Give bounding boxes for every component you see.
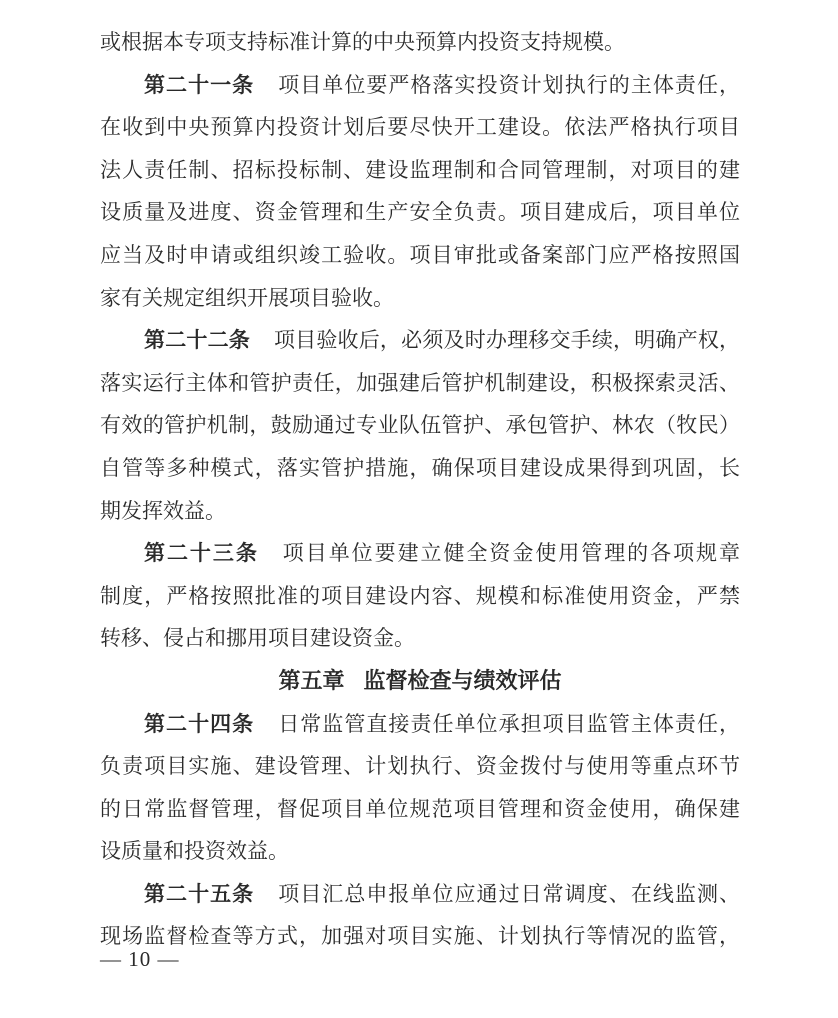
- document-page: 或根据本专项支持标准计算的中央预算内投资支持规模。第二十一条项目单位要严格落实投…: [0, 0, 838, 1018]
- article-number: 第二十二条: [144, 329, 250, 352]
- line-text: 应当及时申请或组织竣工验收。项目审批或备案部门应严格按照国: [100, 243, 740, 267]
- line-text: 现场监督检查等方式，加强对项目实施、计划执行等情况的监管，: [100, 924, 740, 948]
- line-text: 家有关规定组织开展项目验收。: [100, 286, 394, 310]
- line-text: 制度，严格按照批准的项目建设内容、规模和标准使用资金，严禁: [100, 584, 740, 608]
- text-line: 第二十五条项目汇总申报单位应通过日常调度、在线监测、: [100, 873, 740, 916]
- line-text: 在收到中央预算内投资计划后要尽快开工建设。依法严格执行项目: [100, 115, 740, 139]
- line-text: 有效的管护机制，鼓励通过专业队伍管护、承包管护、林农（牧民）: [100, 413, 740, 437]
- line-text: 转移、侵占和挪用项目建设资金。: [100, 626, 415, 650]
- text-line: 家有关规定组织开展项目验收。: [100, 277, 740, 320]
- text-line: 应当及时申请或组织竣工验收。项目审批或备案部门应严格按照国: [100, 234, 740, 277]
- text-line: 设质量和投资效益。: [100, 830, 740, 873]
- line-text: 负责项目实施、建设管理、计划执行、资金拨付与使用等重点环节: [100, 754, 740, 778]
- text-line: 负责项目实施、建设管理、计划执行、资金拨付与使用等重点环节: [100, 745, 740, 788]
- article-number: 第二十四条: [144, 713, 254, 736]
- text-line: 有效的管护机制，鼓励通过专业队伍管护、承包管护、林农（牧民）: [100, 404, 740, 447]
- document-body: 或根据本专项支持标准计算的中央预算内投资支持规模。第二十一条项目单位要严格落实投…: [100, 21, 740, 958]
- text-line: 现场监督检查等方式，加强对项目实施、计划执行等情况的监管，: [100, 915, 740, 958]
- line-text: 法人责任制、招标投标制、建设监理制和合同管理制，对项目的建: [100, 158, 740, 182]
- line-text: 落实运行主体和管护责任，加强建后管护机制建设，积极探索灵活、: [100, 371, 740, 395]
- text-line: 自管等多种模式，落实管护措施，确保项目建设成果得到巩固，长: [100, 447, 740, 490]
- text-line: 第二十二条项目验收后，必须及时办理移交手续，明确产权，: [100, 319, 740, 362]
- chapter-heading: 第五章监督检查与绩效评估: [100, 660, 740, 703]
- page-number: — 10 —: [100, 944, 180, 974]
- text-line: 期发挥效益。: [100, 490, 740, 533]
- article-number: 第二十五条: [144, 883, 254, 906]
- text-line: 第二十三条项目单位要建立健全资金使用管理的各项规章: [100, 532, 740, 575]
- text-line: 法人责任制、招标投标制、建设监理制和合同管理制，对项目的建: [100, 149, 740, 192]
- line-text: 项目验收后，必须及时办理移交手续，明确产权，: [274, 328, 740, 352]
- line-text: 的日常监督管理，督促项目单位规范项目管理和资金使用，确保建: [100, 797, 740, 821]
- line-text: 监督检查与绩效评估: [364, 668, 562, 693]
- text-line: 或根据本专项支持标准计算的中央预算内投资支持规模。: [100, 21, 740, 64]
- line-text: 自管等多种模式，落实管护措施，确保项目建设成果得到巩固，长: [100, 456, 740, 480]
- text-line: 转移、侵占和挪用项目建设资金。: [100, 617, 740, 660]
- line-text: 设质量及进度、资金管理和生产安全负责。项目建成后，项目单位: [100, 200, 740, 224]
- text-line: 的日常监督管理，督促项目单位规范项目管理和资金使用，确保建: [100, 788, 740, 831]
- line-text: 期发挥效益。: [100, 499, 226, 523]
- article-number: 第二十三条: [144, 542, 259, 565]
- text-line: 制度，严格按照批准的项目建设内容、规模和标准使用资金，严禁: [100, 575, 740, 618]
- line-text: 项目汇总申报单位应通过日常调度、在线监测、: [278, 882, 740, 906]
- text-line: 第二十一条项目单位要严格落实投资计划执行的主体责任，: [100, 64, 740, 107]
- text-line: 设质量及进度、资金管理和生产安全负责。项目建成后，项目单位: [100, 191, 740, 234]
- text-line: 落实运行主体和管护责任，加强建后管护机制建设，积极探索灵活、: [100, 362, 740, 405]
- line-text: 或根据本专项支持标准计算的中央预算内投资支持规模。: [100, 30, 625, 54]
- text-line: 第二十四条日常监管直接责任单位承担项目监管主体责任，: [100, 703, 740, 746]
- article-number: 第二十一条: [144, 74, 254, 97]
- line-text: 日常监管直接责任单位承担项目监管主体责任，: [278, 712, 740, 736]
- text-line: 在收到中央预算内投资计划后要尽快开工建设。依法严格执行项目: [100, 106, 740, 149]
- line-text: 项目单位要严格落实投资计划执行的主体责任，: [278, 73, 740, 97]
- chapter-number: 第五章: [278, 668, 344, 693]
- line-text: 项目单位要建立健全资金使用管理的各项规章: [283, 541, 740, 565]
- line-text: 设质量和投资效益。: [100, 839, 289, 863]
